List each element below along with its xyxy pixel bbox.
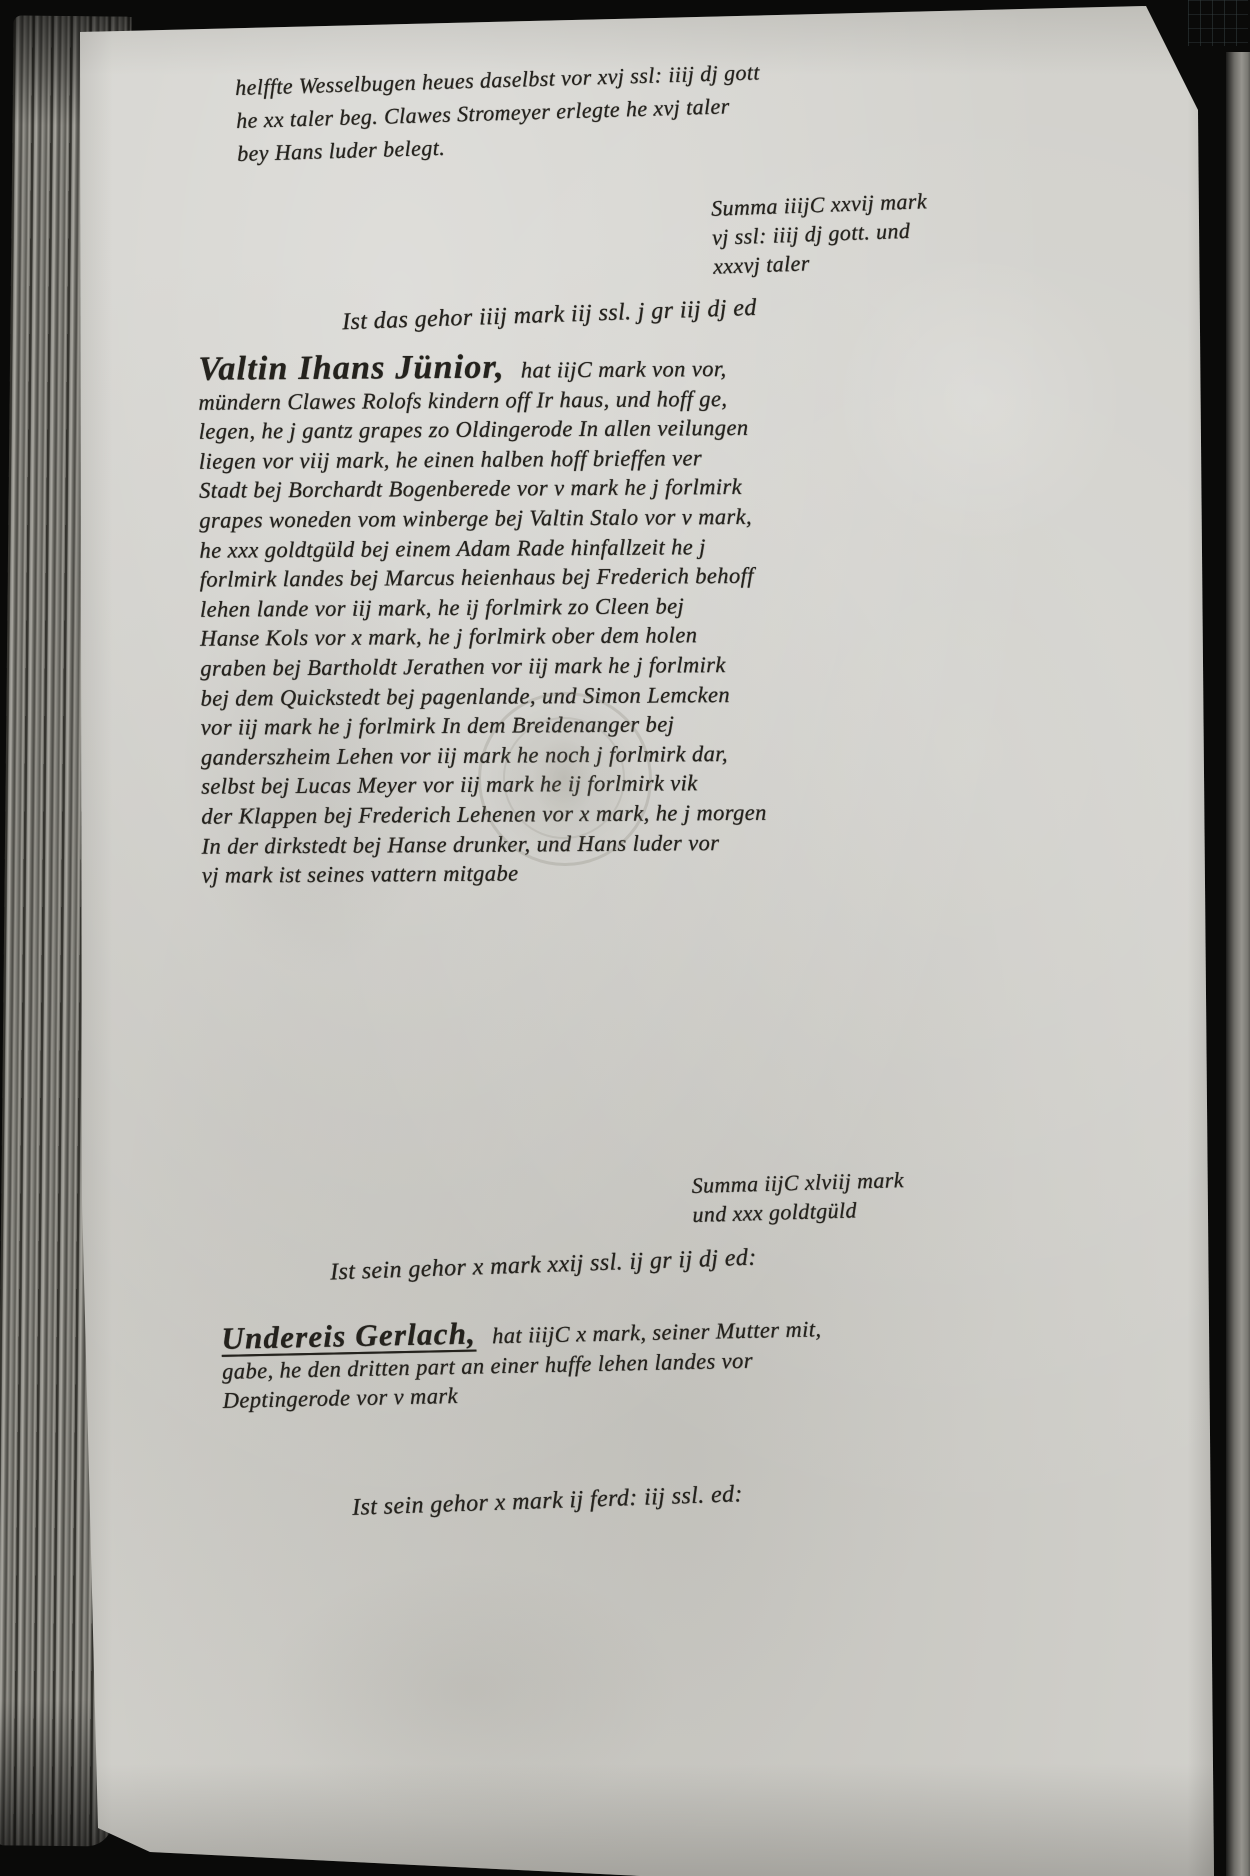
summa-total-1: Summa iiijC xxvij mark vj ssl: iiij dj g… xyxy=(711,186,930,280)
entry-first-line: Valtin Ihans Jünior, hat iijC mark von v… xyxy=(198,349,968,387)
marginal-entry-note: helffte Wesselbugen heues daselbst vor x… xyxy=(235,49,978,170)
entry-undereis-gerlach: Undereis Gerlach, hat iiijC x mark, sein… xyxy=(221,1308,973,1415)
entry-first-line-rest: hat iijC mark von vor, xyxy=(521,356,727,382)
paper-smudge xyxy=(260,1560,680,1820)
fee-line-1: Ist das gehor iiij mark iij ssl. j gr ii… xyxy=(342,295,758,336)
entry-first-line-rest: hat iiijC x mark, seiner Mutter mit, xyxy=(492,1316,822,1348)
archive-stamp xyxy=(478,692,652,866)
facing-page-edge xyxy=(1226,52,1250,1876)
summa-line: Summa iijC xlviij mark xyxy=(691,1165,904,1200)
fee-line-2: Ist sein gehor x mark xxij ssl. ij gr ij… xyxy=(330,1245,757,1287)
summa-line: xxxvj taler xyxy=(713,244,930,281)
archive-stamp-crest xyxy=(533,739,595,817)
entry-person-name: Undereis Gerlach, xyxy=(221,1316,476,1356)
summa-total-2: Summa iijC xlviij mark und xxx goldtgüld xyxy=(691,1165,905,1229)
summa-line: und xxx goldtgüld xyxy=(692,1194,905,1229)
manuscript-page: helffte Wesselbugen heues daselbst vor x… xyxy=(0,0,1250,1876)
fee-line-3: Ist sein gehor x mark ij ferd: iij ssl. … xyxy=(352,1481,744,1522)
entry-person-name: Valtin Ihans Jünior, xyxy=(198,349,505,388)
calibration-strip xyxy=(1188,0,1248,46)
book-photograph: helffte Wesselbugen heues daselbst vor x… xyxy=(0,0,1250,1876)
